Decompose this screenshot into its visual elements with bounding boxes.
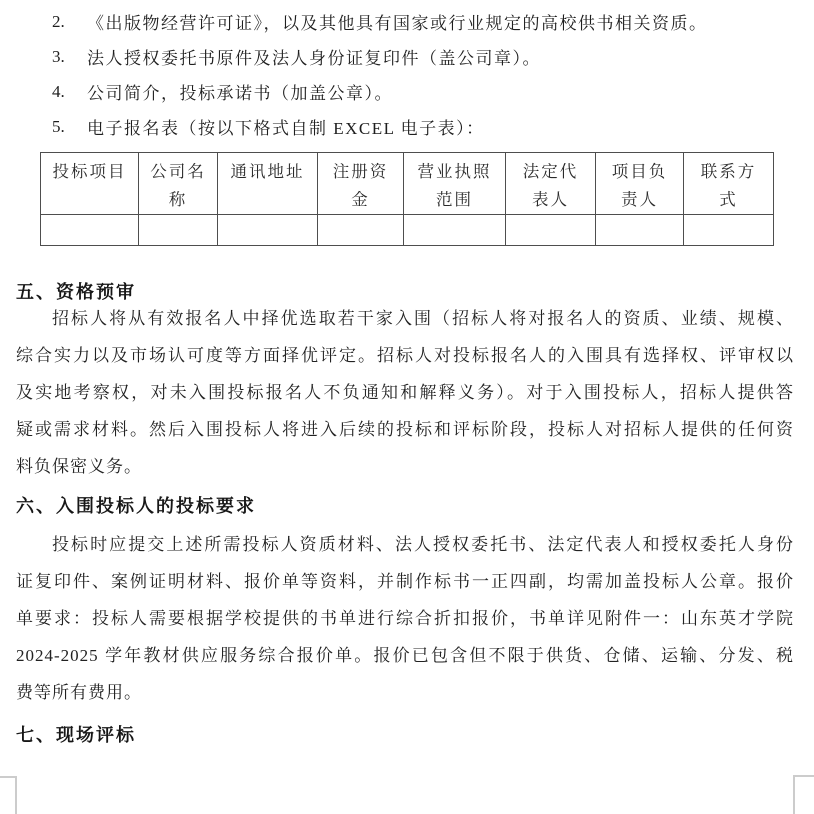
table-header-cell: 法定代 表人 <box>506 153 596 215</box>
paragraph-line: 疑或需求材料。然后入围投标人将进入后续的投标和评标阶段，投标人对招标人提供的任何… <box>16 411 794 448</box>
table-header-cell: 营业执照 范围 <box>404 153 506 215</box>
table-cell <box>404 215 506 246</box>
table-header-cell: 注册资 金 <box>318 153 404 215</box>
table-header-cell: 项目负 责人 <box>596 153 684 215</box>
list-item-text: 电子报名表（按以下格式自制 EXCEL 电子表）： <box>87 114 485 139</box>
table-header-cell: 投标项目 <box>41 153 139 215</box>
paragraph-line: 单要求：投标人需要根据学校提供的书单进行综合折扣报价，书单详见附件一：山东英才学… <box>16 600 794 637</box>
table-cell <box>318 215 404 246</box>
table-cell <box>506 215 596 246</box>
list-item-text: 公司简介，投标承诺书（加盖公章）。 <box>87 79 393 104</box>
table-cell <box>596 215 684 246</box>
paragraph-line: 及实地考察权，对未入围投标报名人不负通知和解释义务）。对于入围投标人，招标人提供… <box>16 374 794 411</box>
document-page: 2. 《出版物经营许可证》，以及其他具有国家或行业规定的高校供书相关资质。 3.… <box>0 0 814 814</box>
section-heading-onsite-evaluation: 七、现场评标 <box>16 721 794 747</box>
list-item-number: 5. <box>52 117 72 137</box>
list-item-text: 法人授权委托书原件及法人身份证复印件（盖公司章）。 <box>87 44 541 69</box>
table-header-row: 投标项目 公司名 称 通讯地址 注册资 金 营业执照 范围 法定代 表人 项目负… <box>41 153 774 215</box>
list-item-number: 3. <box>52 47 72 67</box>
paragraph-line: 投标时应提交上述所需投标人资质材料、法人授权委托书、法定代表人和授权委托人身份 <box>16 526 794 563</box>
paragraph-line: 料负保密义务。 <box>16 448 794 485</box>
list-item-text: 《出版物经营许可证》，以及其他具有国家或行业规定的高校供书相关资质。 <box>87 9 708 34</box>
list-item-number: 4. <box>52 82 72 102</box>
list-item: 2. 《出版物经营许可证》，以及其他具有国家或行业规定的高校供书相关资质。 <box>52 4 794 39</box>
table-header-cell: 公司名 称 <box>139 153 218 215</box>
registration-table: 投标项目 公司名 称 通讯地址 注册资 金 营业执照 范围 法定代 表人 项目负… <box>40 152 774 246</box>
table-cell <box>684 215 774 246</box>
table-cell <box>218 215 318 246</box>
list-item: 5. 电子报名表（按以下格式自制 EXCEL 电子表）： <box>52 109 794 144</box>
list-item-number: 2. <box>52 12 72 32</box>
section-paragraph-bid-requirements: 投标时应提交上述所需投标人资质材料、法人授权委托书、法定代表人和授权委托人身份 … <box>16 526 794 711</box>
paragraph-line: 证复印件、案例证明材料、报价单等资料，并制作标书一正四副，均需加盖投标人公章。报… <box>16 563 794 600</box>
table-cell <box>41 215 139 246</box>
table-header-cell: 联系方 式 <box>684 153 774 215</box>
paragraph-line: 招标人将从有效报名人中择优选取若干家入围（招标人将对报名人的资质、业绩、规模、 <box>16 300 794 337</box>
page-corner-mark-left <box>15 776 17 814</box>
requirements-list: 2. 《出版物经营许可证》，以及其他具有国家或行业规定的高校供书相关资质。 3.… <box>52 4 794 144</box>
list-item: 3. 法人授权委托书原件及法人身份证复印件（盖公司章）。 <box>52 39 794 74</box>
table-cell <box>139 215 218 246</box>
paragraph-line: 2024-2025 学年教材供应服务综合报价单。报价已包含但不限于供货、仓储、运… <box>16 637 794 674</box>
paragraph-line: 综合实力以及市场认可度等方面择优评定。招标人对投标报名人的入围具有选择权、评审权… <box>16 337 794 374</box>
paragraph-line: 费等所有费用。 <box>16 674 794 711</box>
section-heading-bid-requirements: 六、入围投标人的投标要求 <box>16 492 794 518</box>
section-paragraph-prequalification: 招标人将从有效报名人中择优选取若干家入围（招标人将对报名人的资质、业绩、规模、 … <box>16 300 794 485</box>
list-item: 4. 公司简介，投标承诺书（加盖公章）。 <box>52 74 794 109</box>
table-header-cell: 通讯地址 <box>218 153 318 215</box>
table-row <box>41 215 774 246</box>
page-corner-mark-right <box>793 775 795 814</box>
page-corner-mark-right <box>793 775 814 777</box>
